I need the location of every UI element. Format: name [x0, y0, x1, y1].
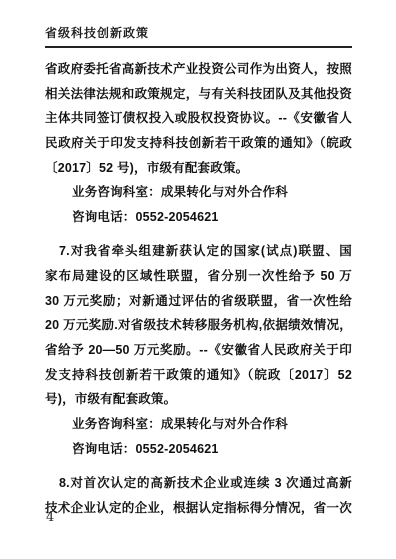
body-line: 省给予 20—50 万元奖励。--《安徽省人民政府关于印 [45, 338, 352, 363]
body-line: 发支持科技创新若干政策的通知》（皖政〔2017〕52 [45, 363, 352, 388]
text-column: 省级科技创新政策 省政府委托省高新技术产业投资公司作为出资人，按照 相关法律法规… [45, 24, 352, 521]
paragraph-continuation: 省政府委托省高新技术产业投资公司作为出资人，按照 相关法律法规和政策规定，与有关… [45, 57, 352, 180]
body-line: 〔2017〕52 号)，市级有配套政策。 [45, 156, 352, 181]
body-line: 号)，市级有配套政策。 [45, 387, 352, 412]
contact-block: 业务咨询科室：成果转化与对外合作科 咨询电话：0552-2054621 [45, 180, 352, 229]
body-line: 民政府关于印发支持科技创新若干政策的通知》（皖政 [45, 131, 352, 156]
contact-phone-line: 咨询电话：0552-2054621 [45, 437, 352, 462]
body-line: 家布局建设的区域性联盟，省分别一次性给予 50 万元、 [45, 264, 352, 289]
paragraph-item-8: 8.对首次认定的高新技术企业或连续 3 次通过高新 技术企业认定的企业，根据认定… [45, 471, 352, 520]
contact-dept-line: 业务咨询科室：成果转化与对外合作科 [45, 412, 352, 437]
running-header: 省级科技创新政策 [45, 24, 352, 46]
contact-block: 业务咨询科室：成果转化与对外合作科 咨询电话：0552-2054621 [45, 412, 352, 461]
body-line: 20 万元奖励.对省级技术转移服务机构,依据绩效情况， [45, 313, 352, 338]
contact-dept-line: 业务咨询科室：成果转化与对外合作科 [45, 180, 352, 205]
header-rule [45, 46, 352, 48]
page-number: 4 [46, 510, 54, 526]
body-line: 主体共同签订债权投入或股权投资协议。--《安徽省人 [45, 106, 352, 131]
body-line: 技术企业认定的企业，根据认定指标得分情况，省一次 [45, 496, 352, 521]
body-line: 8.对首次认定的高新技术企业或连续 3 次通过高新 [45, 471, 352, 496]
body-line: 省政府委托省高新技术产业投资公司作为出资人，按照 [45, 57, 352, 82]
paragraph-item-7: 7.对我省牵头组建新获认定的国家(试点)联盟、国 家布局建设的区域性联盟，省分别… [45, 239, 352, 411]
document-body: 省政府委托省高新技术产业投资公司作为出资人，按照 相关法律法规和政策规定，与有关… [45, 57, 352, 521]
document-page: 省级科技创新政策 省政府委托省高新技术产业投资公司作为出资人，按照 相关法律法规… [0, 0, 396, 559]
body-line: 相关法律法规和政策规定，与有关科技团队及其他投资 [45, 82, 352, 107]
body-line: 7.对我省牵头组建新获认定的国家(试点)联盟、国 [45, 239, 352, 264]
contact-phone-line: 咨询电话：0552-2054621 [45, 205, 352, 230]
body-line: 30 万元奖励；对新通过评估的省级联盟，省一次性给予 [45, 289, 352, 314]
